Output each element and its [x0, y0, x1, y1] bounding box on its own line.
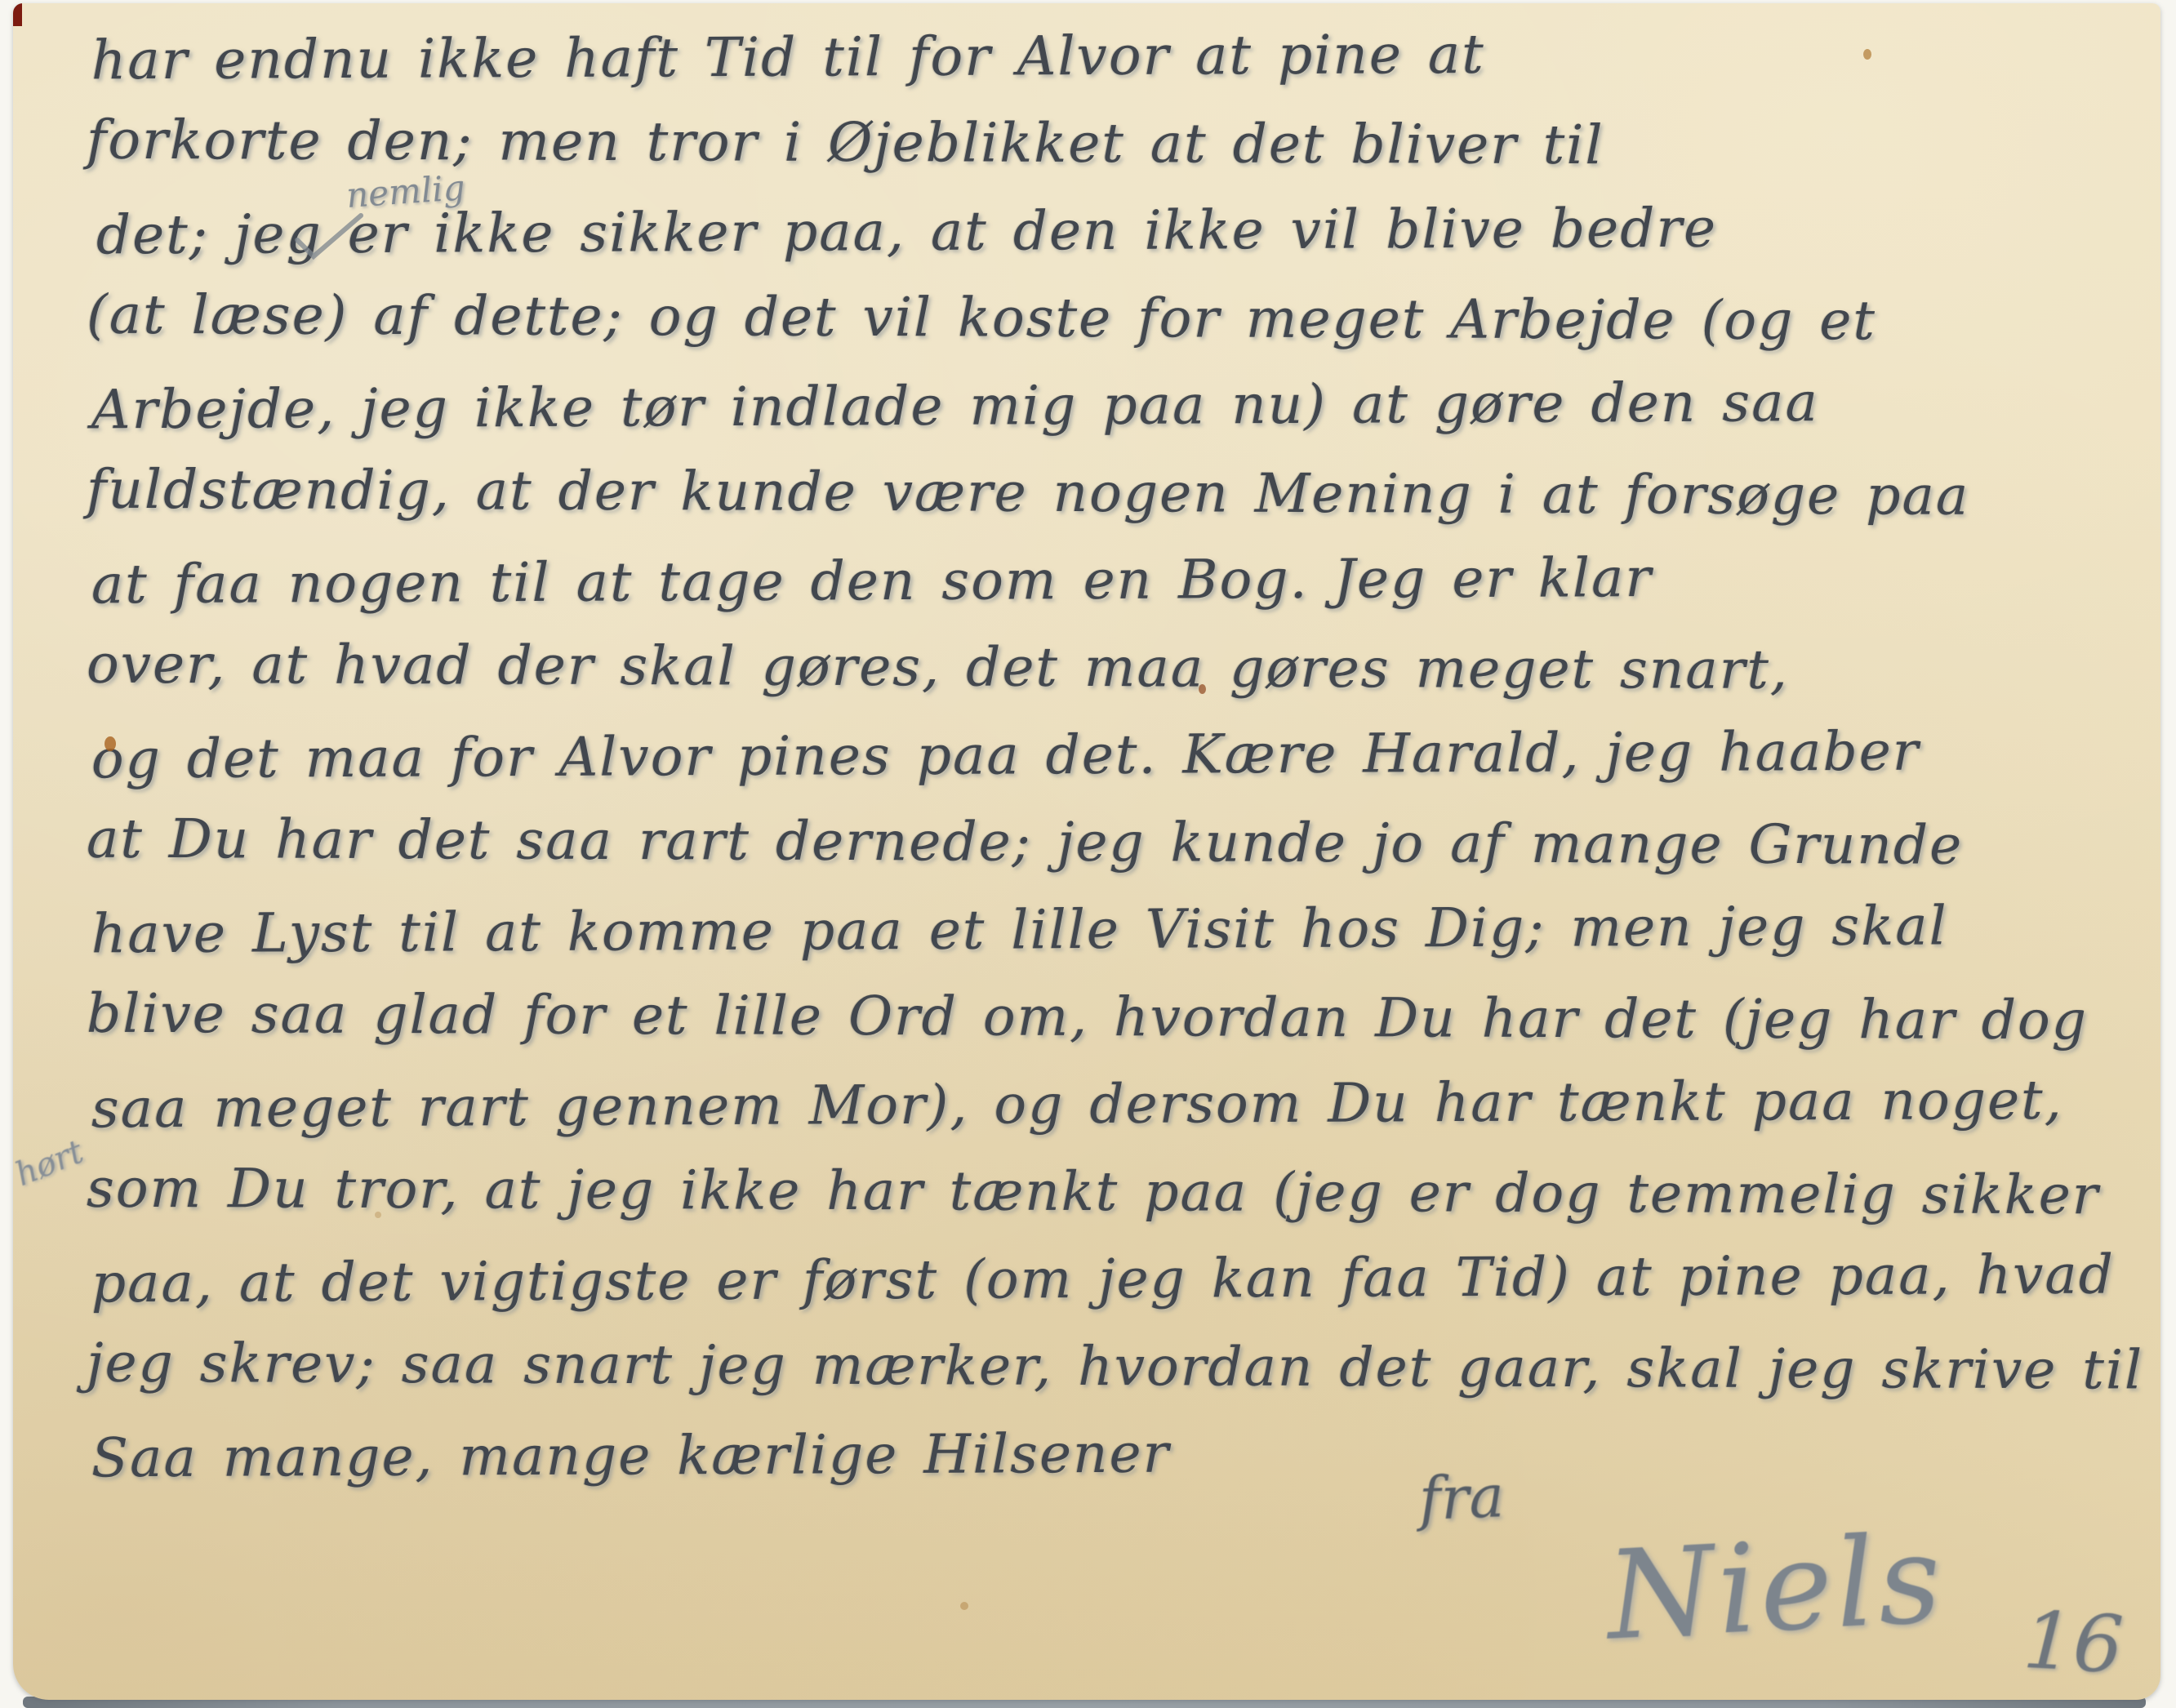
foxing-spot	[375, 1212, 381, 1218]
insertion-caret-icon	[292, 209, 366, 266]
letter-line: og det maa for Alvor pines paa det. Kære…	[91, 719, 2095, 816]
letter-line: over, at hvad der skal gøres, det maa gø…	[87, 633, 2095, 727]
letter-line: som Du tror, at jeg ikke har tænkt paa (…	[87, 1157, 2095, 1252]
letter-line: jeg skrev; saa snart jeg mærker, hvordan…	[87, 1332, 2095, 1426]
foxing-spot	[105, 736, 116, 751]
letter-line: har endnu ikke haft Tid til for Alvor at…	[91, 20, 2095, 117]
foxing-spot	[960, 1602, 968, 1610]
letter-line: paa, at det vigtigste er først (om jeg k…	[91, 1243, 2095, 1340]
foxing-spot	[1863, 49, 1871, 60]
scanned-letter: har endnu ikke haft Tid til for Alvor at…	[0, 0, 2176, 1708]
letter-line: have Lyst til at komme paa et lille Visi…	[91, 894, 2095, 990]
page-number: 16	[2021, 1595, 2125, 1691]
letter-paper: har endnu ikke haft Tid til for Alvor at…	[13, 3, 2160, 1700]
letter-line: at Du har det saa rart dernede; jeg kund…	[87, 807, 2095, 902]
corner-red-mark	[13, 3, 22, 26]
signature: Niels	[1604, 1508, 1947, 1667]
letter-line: Saa mange, mange kærlige Hilsener	[91, 1418, 2095, 1515]
closing-word: fra	[1418, 1461, 1506, 1533]
letter-line: blive saa glad for et lille Ord om, hvor…	[87, 982, 2095, 1077]
letter-line: fuldstændig, at der kunde være nogen Men…	[87, 458, 2095, 553]
letter-line: at faa nogen til at tage den som en Bog.…	[91, 545, 2095, 641]
letter-line: Arbejde, jeg ikke tør indlade mig paa nu…	[91, 370, 2095, 466]
foxing-spot	[1199, 684, 1206, 694]
letter-line: (at læse) af dette; og det vil koste for…	[87, 283, 2095, 378]
letter-line: saa meget rart gennem Mor), og dersom Du…	[91, 1069, 2095, 1165]
